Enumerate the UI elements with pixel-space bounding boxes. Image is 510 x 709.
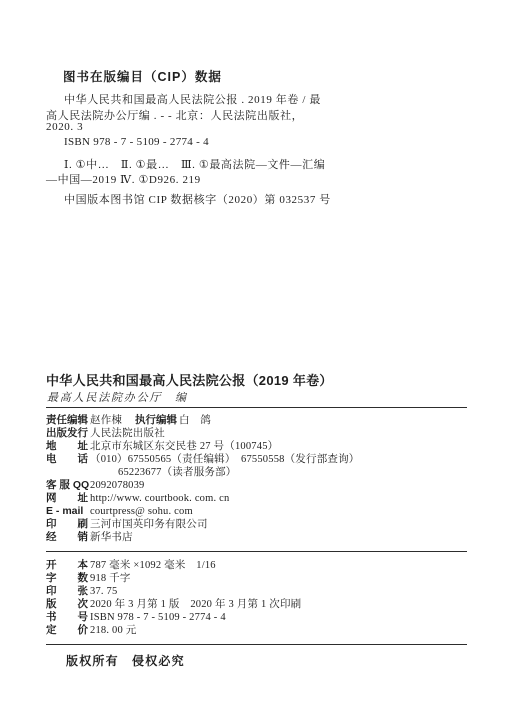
info-row-address: 地 址北京市东城区东交民巷 27 号（100745） [46, 440, 360, 453]
divider-rule-middle [46, 551, 467, 552]
spec-value-edition: 2020 年 3 月第 1 版 2020 年 3 月第 1 次印刷 [90, 599, 301, 610]
cip-classification-line-1: Ⅰ. ①中… Ⅱ. ①最… Ⅲ. ①最高法院—文件—汇编 [64, 156, 325, 172]
info-row-phone-continuation: 65223677（读者服务部） [46, 466, 360, 479]
cip-heading: 图书在版编目（CIP）数据 [63, 67, 222, 85]
spec-row-word-count: 字 数918 千字 [46, 572, 301, 585]
info-value-phone-continuation: 65223677（读者服务部） [118, 467, 237, 478]
info-label-distributor: 经 销 [46, 531, 90, 544]
info-value-phone: （010）67550565（责任编辑） 67550558（发行部查询） [90, 454, 360, 465]
info-label-phone: 电 话 [46, 453, 90, 466]
info-row-email: E - mailcourtpress@ sohu. com [46, 505, 360, 518]
info-value-address: 北京市东城区东交民巷 27 号（100745） [90, 441, 278, 452]
info-value-website: http://www. courtbook. com. cn [90, 493, 229, 504]
book-title: 中华人民共和国最高人民法院公报（2019 年卷） [46, 370, 333, 389]
info-row-qq: 客 服 QQ2092078039 [46, 479, 360, 492]
book-editor: 最高人民法院办公厅 编 [47, 389, 188, 405]
info-row-phone: 电 话（010）67550565（责任编辑） 67550558（发行部查询） [46, 453, 360, 466]
spec-label-isbn: 书 号 [46, 611, 90, 624]
cip-description-line-1: 中华人民共和国最高人民法院公报 . 2019 年卷 / 最 [64, 91, 321, 107]
colophon-page: 图书在版编目（CIP）数据 中华人民共和国最高人民法院公报 . 2019 年卷 … [0, 0, 510, 709]
info-row-distributor: 经 销新华书店 [46, 531, 360, 544]
info-label-publisher: 出版发行 [46, 427, 90, 440]
spec-value-sheets: 37. 75 [90, 586, 117, 597]
spec-label-format: 开 本 [46, 559, 90, 572]
info-row-editors: 责任编辑赵作棟执行编辑白 鸽 [46, 414, 360, 427]
cip-description-line-2: 高人民法院办公厅编 . - - 北京：人民法院出版社， [46, 107, 303, 123]
info-row-printer: 印 刷三河市国英印务有限公司 [46, 518, 360, 531]
spec-row-price: 定 价218. 00 元 [46, 624, 301, 637]
divider-rule-bottom [46, 644, 467, 645]
info-value-email: courtpress@ sohu. com [90, 506, 193, 517]
cip-isbn: ISBN 978 - 7 - 5109 - 2774 - 4 [64, 136, 209, 148]
info-value-executive-editor: 白 鸽 [179, 415, 211, 426]
spec-label-edition: 版 次 [46, 598, 90, 611]
print-specs: 开 本787 毫米 ×1092 毫米 1/16 字 数918 千字 印 张37.… [46, 559, 301, 637]
info-label-responsible-editor: 责任编辑 [46, 414, 90, 427]
cip-description-line-3: 2020. 3 [46, 121, 83, 133]
copyright-notice: 版权所有 侵权必究 [66, 652, 185, 669]
info-label-printer: 印 刷 [46, 518, 90, 531]
divider-rule-top [46, 407, 467, 408]
info-label-qq: 客 服 QQ [46, 479, 90, 492]
spec-row-format: 开 本787 毫米 ×1092 毫米 1/16 [46, 559, 301, 572]
info-row-website: 网 址http://www. courtbook. com. cn [46, 492, 360, 505]
info-label-email: E - mail [46, 505, 90, 518]
info-value-printer: 三河市国英印务有限公司 [90, 519, 208, 530]
info-value-publisher: 人民法院出版社 [90, 428, 165, 439]
cip-record-number: 中国版本图书馆 CIP 数据核字（2020）第 032537 号 [64, 191, 331, 207]
spec-label-price: 定 价 [46, 624, 90, 637]
spec-row-isbn: 书 号ISBN 978 - 7 - 5109 - 2774 - 4 [46, 611, 301, 624]
spec-label-word-count: 字 数 [46, 572, 90, 585]
publication-info: 责任编辑赵作棟执行编辑白 鸽 出版发行人民法院出版社 地 址北京市东城区东交民巷… [46, 414, 360, 544]
cip-classification-line-2: —中国—2019 Ⅳ. ①D926. 219 [46, 171, 201, 187]
spec-row-edition: 版 次2020 年 3 月第 1 版 2020 年 3 月第 1 次印刷 [46, 598, 301, 611]
info-label-executive-editor: 执行编辑 [135, 414, 179, 427]
spec-value-isbn: ISBN 978 - 7 - 5109 - 2774 - 4 [90, 612, 226, 623]
spec-row-sheets: 印 张37. 75 [46, 585, 301, 598]
info-value-responsible-editor: 赵作棟 [90, 414, 135, 427]
spec-value-word-count: 918 千字 [90, 573, 131, 584]
info-value-qq: 2092078039 [90, 480, 145, 491]
spec-value-price: 218. 00 元 [90, 625, 136, 636]
info-label-website: 网 址 [46, 492, 90, 505]
spec-label-sheets: 印 张 [46, 585, 90, 598]
info-label-address: 地 址 [46, 440, 90, 453]
spec-value-format: 787 毫米 ×1092 毫米 1/16 [90, 560, 216, 571]
info-value-distributor: 新华书店 [90, 532, 133, 543]
info-row-publisher: 出版发行人民法院出版社 [46, 427, 360, 440]
